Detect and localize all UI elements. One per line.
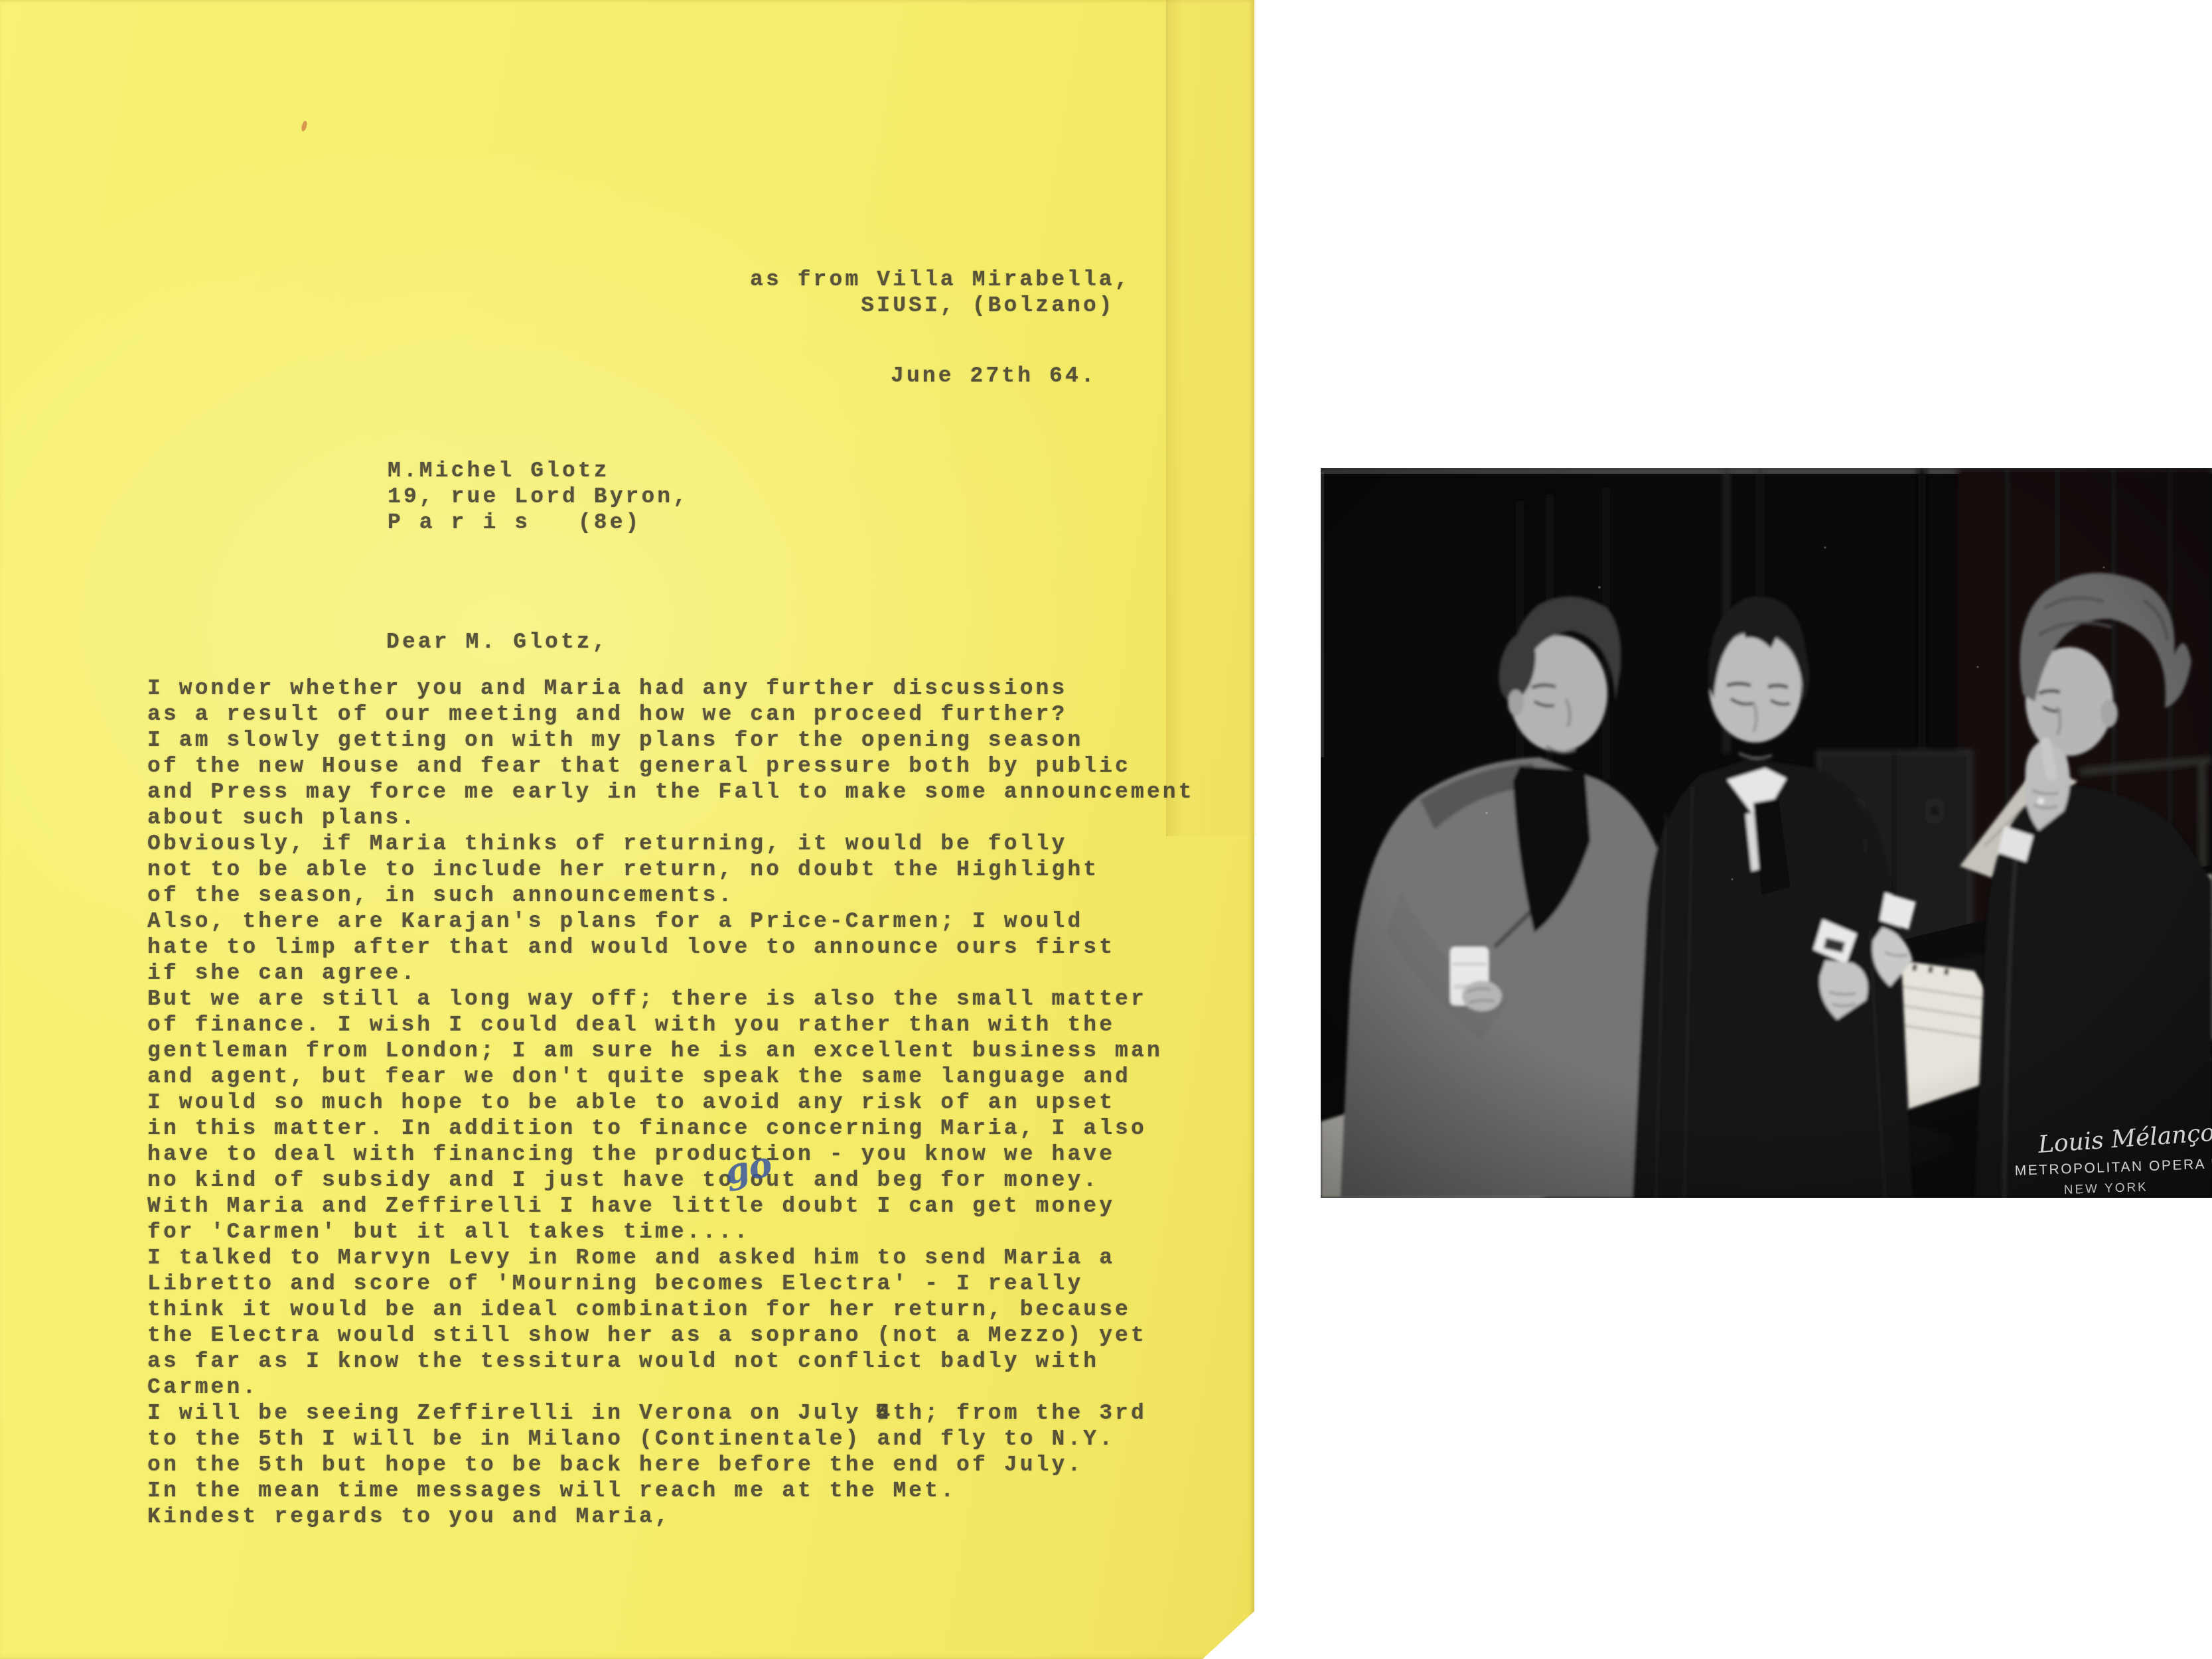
credit-line2: NEW YORK [2063,1181,2148,1197]
typewriter-overstrike: 5 [875,1400,891,1426]
recipient-address: M.Michel Glotz 19, rue Lord Byron, P a r… [388,458,689,536]
ink-speck [301,120,309,131]
paper-torn-corner [1203,1611,1254,1659]
photo-met-rehearsal: Louis Mélançon METROPOLITAN OPERA HOUSE … [1321,468,2212,1198]
vignette [1321,468,2212,1198]
salutation: Dear M. Glotz, [386,629,609,655]
scanned-letter-page: as from Villa Mirabella, SIUSI, (Bolzano… [0,0,2212,1659]
letter-paper: as from Villa Mirabella, SIUSI, (Bolzano… [0,0,1254,1659]
photo-graphic: Louis Mélançon METROPOLITAN OPERA HOUSE … [1321,468,2212,1198]
letter-heading: as from Villa Mirabella, SIUSI, (Bolzano… [750,267,1131,319]
letter-body: I wonder whether you and Maria had any f… [147,676,1195,1530]
letter-date: June 27th 64. [891,363,1097,389]
